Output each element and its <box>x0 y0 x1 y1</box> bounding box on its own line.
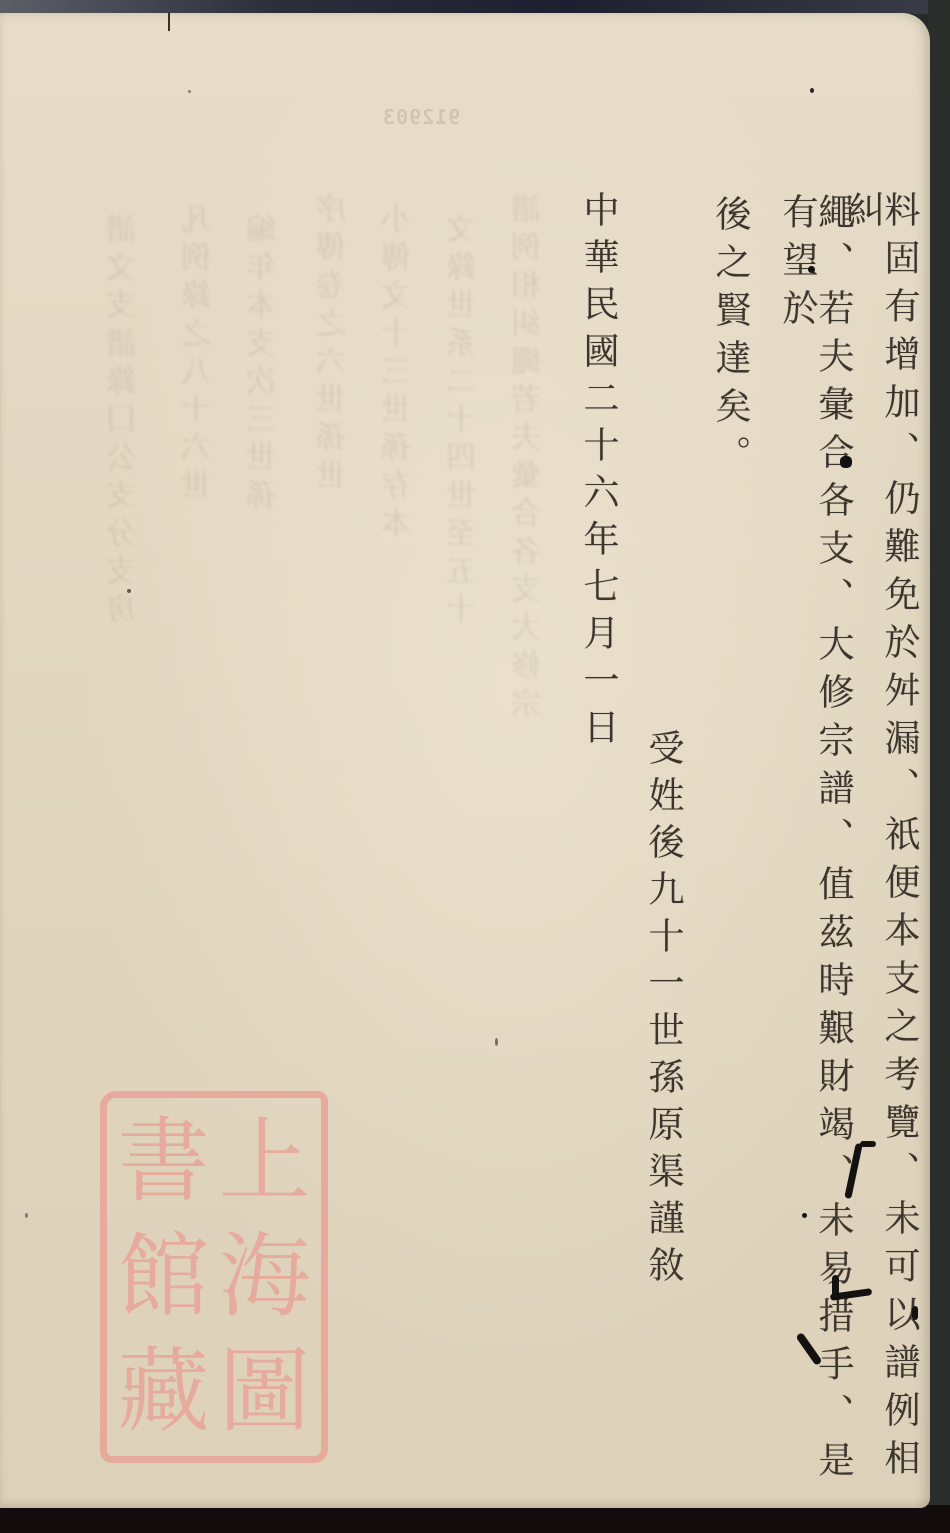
ink-dot <box>808 266 815 273</box>
ink-dot <box>802 1213 807 1218</box>
ink-blot <box>840 456 852 468</box>
bleed-through-column: 編年本支次三世孫 <box>240 213 290 1113</box>
paper-sheet: 912903 譜例相糾繩若夫彙合各支大修宗 文錄世系二十四世至五十 小傳文十三世… <box>0 13 930 1508</box>
dust-speck <box>810 88 814 93</box>
bleed-through-column: 小傳文十三世孫存本 <box>375 203 425 1103</box>
seal-char: 館 <box>113 1219 214 1334</box>
date-column: 中華民國二十六年七月一日 <box>580 191 616 755</box>
signature-column: 受姓後九十一世孫原渠謹敘 <box>645 729 681 1293</box>
bleed-through-column: 序傳卷之六世孫世 <box>310 193 360 1093</box>
text-column-1: 料固有增加、仍難免於舛漏、祇便本支之考覽、未可以譜例相糾 <box>845 191 917 1508</box>
ink-stroke-mark <box>832 1275 839 1297</box>
library-seal-stamp: 上 海 圖 書 館 藏 <box>100 1091 328 1463</box>
ink-dot <box>912 1306 918 1320</box>
scanner-right-edge <box>928 0 950 1533</box>
bleed-through-column: 文錄世系二十四世至五十 <box>440 213 490 1113</box>
page-crease-mark <box>168 13 170 31</box>
seal-char: 上 <box>214 1104 315 1219</box>
seal-char: 藏 <box>113 1335 214 1450</box>
bleed-through-column: 譜文支譜錄囗公支分支房 <box>100 213 150 1113</box>
bleed-through-column: 譜例相糾繩若夫彙合各支大修宗 <box>505 193 555 1093</box>
dust-speck <box>188 90 191 93</box>
dust-speck <box>495 1038 498 1046</box>
scanner-bottom-edge <box>0 1505 950 1533</box>
bleed-through-number: 912903 <box>382 105 460 129</box>
text-column-3: 後之賢達矣。 <box>712 195 748 483</box>
scanner-top-edge <box>0 0 950 14</box>
dust-speck <box>25 1213 28 1218</box>
scanned-page: 912903 譜例相糾繩若夫彙合各支大修宗 文錄世系二十四世至五十 小傳文十三世… <box>0 0 950 1533</box>
bleed-through-column: 凡例錄之八十六世 <box>175 203 225 1103</box>
ink-stroke-mark <box>860 1141 876 1147</box>
seal-char: 圖 <box>214 1335 315 1450</box>
seal-char: 海 <box>214 1219 315 1334</box>
text-column-2: 繩、若夫彙合各支、大修宗譜、值茲時艱財竭、未易措手、是有望於 <box>779 193 851 1508</box>
dust-speck <box>127 589 131 593</box>
seal-char: 書 <box>113 1104 214 1219</box>
